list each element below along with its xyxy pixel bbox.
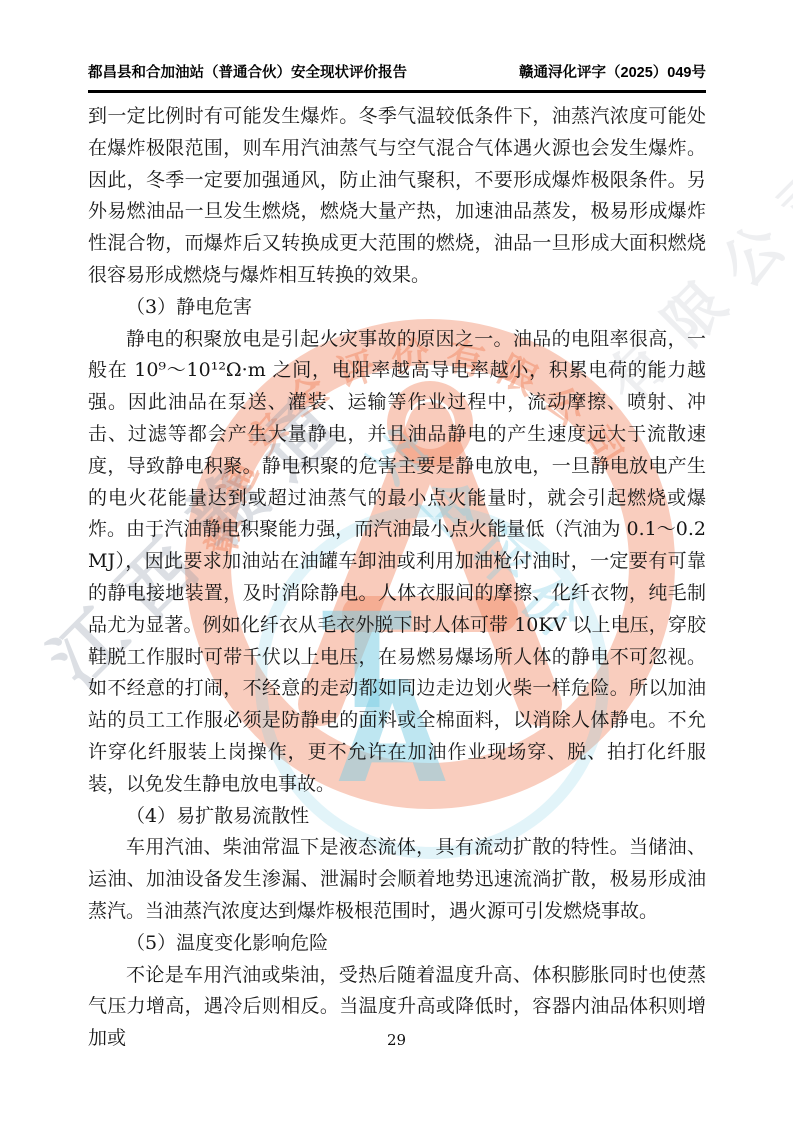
page-header: 都昌县和合加油站（普通合伙）安全现状评价报告 赣通浔化评字（2025）049号: [88, 61, 706, 82]
document-page: 赣通安全评价有限公司 T A 江西赣通 有限公司 安全评价 都昌县和合加油站（普…: [0, 0, 793, 1122]
paragraph-static-hazard: 静电的积聚放电是引起火灾事故的原因之一。油品的电阻率很高，一般在 10⁹～10¹…: [88, 324, 706, 801]
header-report-title: 都昌县和合加油站（普通合伙）安全现状评价报告: [88, 61, 407, 82]
paragraph-explosion-continuation: 到一定比例时有可能发生爆炸。冬季气温较低条件下，油蒸汽浓度可能处在爆炸极限范围，…: [88, 101, 706, 292]
paragraph-diffusion: 车用汽油、柴油常温下是液态流体，具有流动扩散的特性。当储油、运油、加油设备发生渗…: [88, 832, 706, 927]
header-divider: [88, 90, 706, 93]
header-doc-number: 赣通浔化评字（2025）049号: [519, 61, 706, 82]
section-heading-static-hazard: （3）静电危害: [88, 292, 706, 324]
section-heading-diffusion: （4）易扩散易流散性: [88, 801, 706, 833]
section-heading-temperature: （5）温度变化影响危险: [88, 928, 706, 960]
document-body: 到一定比例时有可能发生爆炸。冬季气温较低条件下，油蒸汽浓度可能处在爆炸极限范围，…: [88, 101, 706, 1055]
page-number: 29: [0, 1031, 793, 1049]
